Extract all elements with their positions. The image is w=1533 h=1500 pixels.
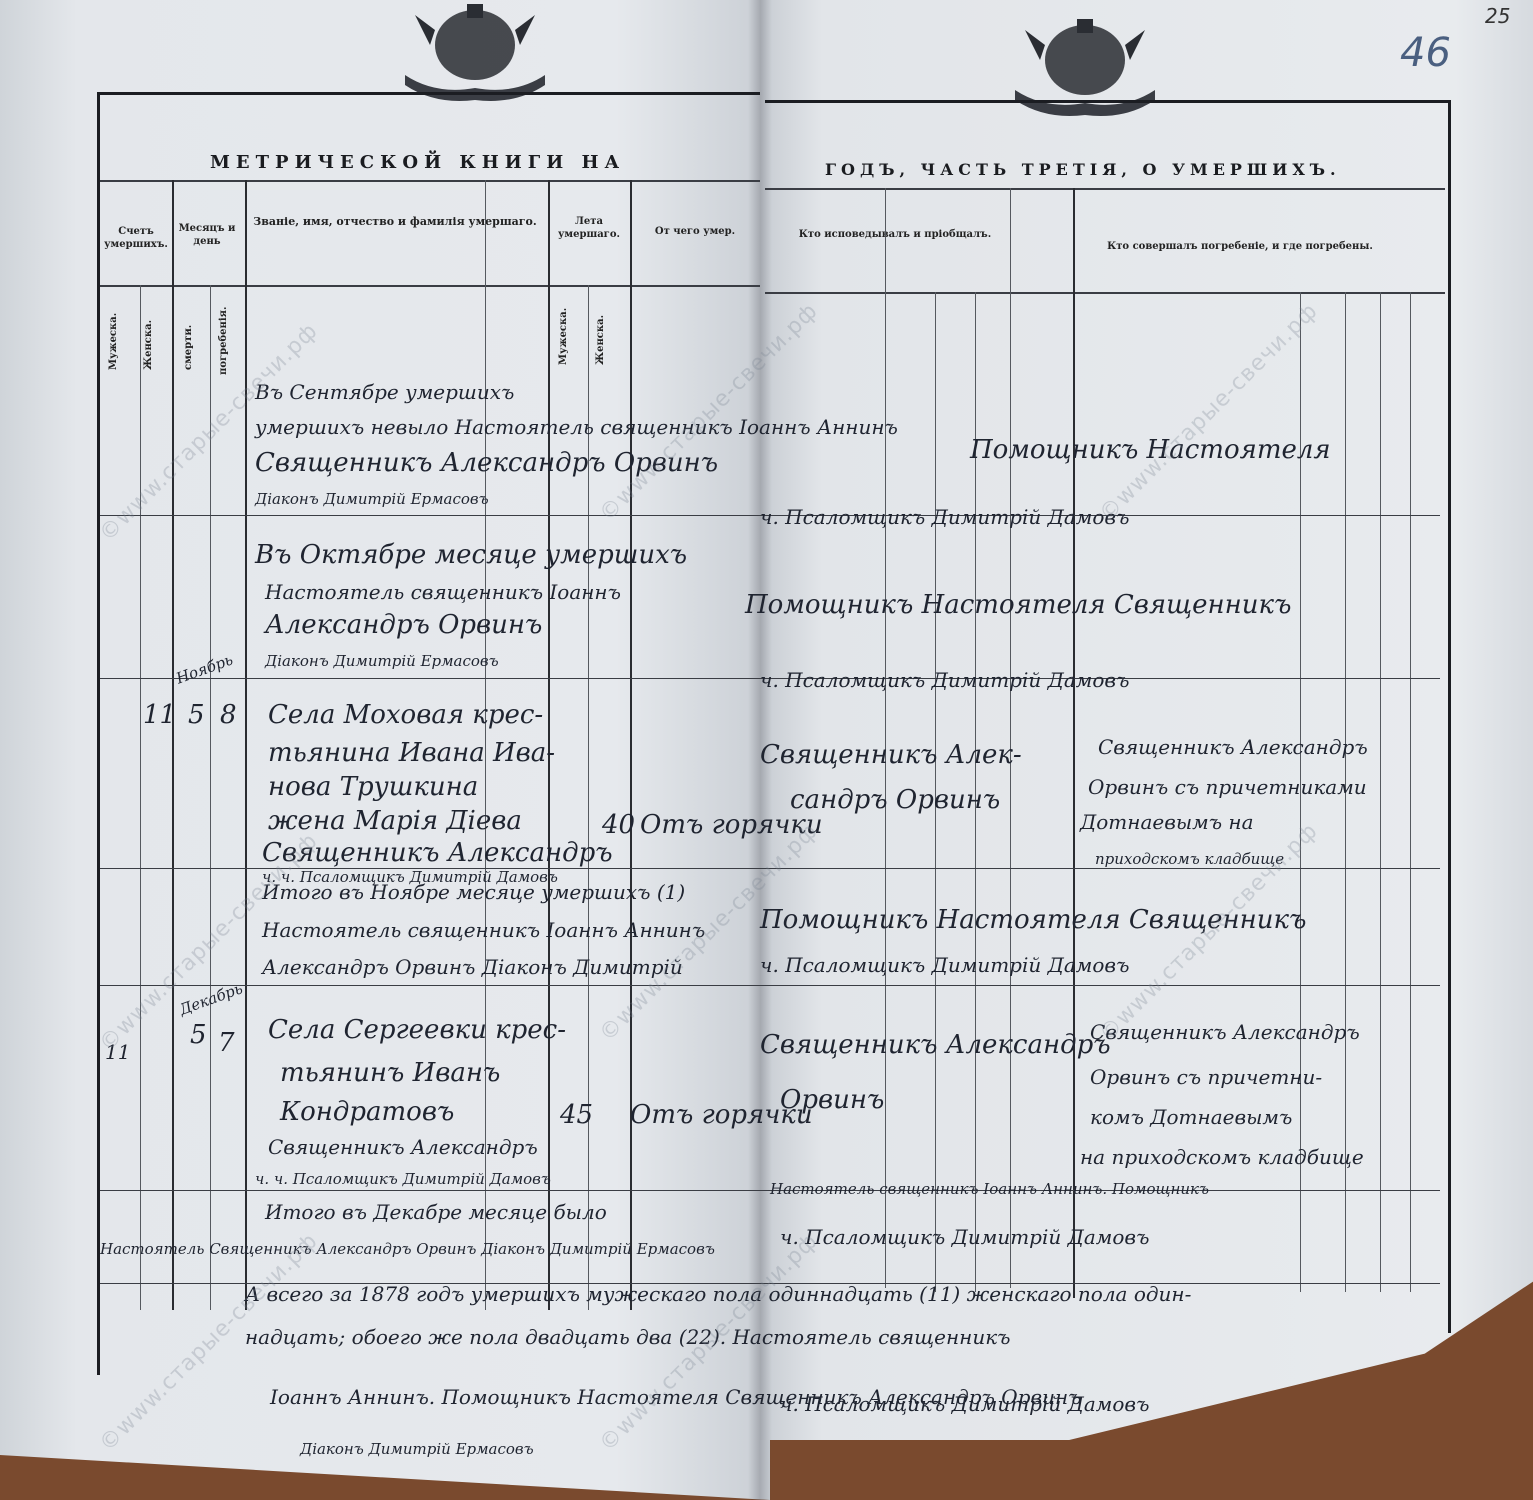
col-name: Званіе, имя, отчество и фамилія умершаго…	[250, 215, 540, 229]
entry-3-day-burial: 8	[220, 700, 237, 730]
row-rule	[100, 985, 1440, 986]
entry-2-right-2: ч. Псаломщикъ Димитрій Дамовъ	[760, 668, 1129, 692]
page-number-pencil: 46	[1400, 30, 1451, 76]
col-age: Лета умершаго.	[548, 215, 630, 241]
entry-5-line-1: Села Сергеевки крес-	[268, 1015, 566, 1045]
entry-5-burial-4: на приходскомъ кладбище	[1080, 1145, 1364, 1169]
entry-5-confessor-2: Орвинъ	[780, 1085, 884, 1115]
entry-5-line-5: ч. ч. Псаломщикъ Димитрій Дамовъ	[255, 1170, 551, 1188]
col-month-day: Месяцъ и день	[172, 222, 242, 248]
entry-3-confessor-1: Священникъ Алек-	[760, 740, 1022, 770]
entry-2-line-4: Діаконъ Димитрій Ермасовъ	[265, 652, 499, 670]
entry-4-line-1: Итого въ Ноябре месяце умершихъ (1)	[262, 880, 685, 904]
entry-3-confessor-2: сандръ Орвинъ	[790, 785, 1000, 815]
entry-2-line-1: Въ Октябре месяце умершихъ	[255, 540, 687, 570]
entry-2-line-2: Настоятель священникъ Іоаннъ	[265, 580, 621, 604]
col-age-female: Женска.	[595, 295, 606, 365]
entry-5-day-death: 5	[190, 1020, 207, 1050]
summary-line-4: ч. Псаломщикъ Димитрій Дамовъ	[780, 1392, 1149, 1416]
entry-1-line-2: умершихъ невыло Настоятель священникъ Іо…	[255, 415, 898, 439]
entry-3-day-death: 5	[188, 700, 205, 730]
col-divider	[140, 285, 141, 1310]
entry-5-day-burial: 7	[218, 1028, 235, 1058]
entry-5-line-2: тьянинъ Иванъ	[280, 1058, 500, 1088]
col-age-male: Мужеска.	[558, 295, 569, 365]
left-title: МЕТРИЧЕСКОЙ КНИГИ НА	[210, 152, 625, 173]
entry-3-count-male: 11	[143, 700, 176, 730]
entry-4-line-2: Настоятель священникъ Іоаннъ Аннинъ	[262, 918, 705, 942]
entry-5-age-male: 45	[560, 1100, 593, 1130]
col-count-female: Женска.	[143, 300, 154, 370]
entry-5-line-4: Священникъ Александръ	[268, 1135, 538, 1159]
entry-3-burial-3: Дотнаевымъ на	[1080, 810, 1254, 834]
entry-6-line-2: Настоятель Священникъ Александръ Орвинъ …	[100, 1240, 715, 1258]
col-divider	[885, 188, 886, 1288]
entry-5-confessor-1: Священникъ Александръ	[760, 1030, 1111, 1060]
col-burial: Кто совершалъ погребеніе, и где погребен…	[1090, 240, 1390, 253]
entry-1-right-2: ч. Псаломщикъ Димитрій Дамовъ	[760, 505, 1129, 529]
col-count-male: Мужеска.	[108, 300, 119, 370]
col-cause: От чего умер.	[640, 225, 750, 238]
entry-5-burial-2: Орвинъ съ причетни-	[1090, 1065, 1322, 1089]
summary-line-1: А всего за 1878 годъ умершихъ мужескаго …	[245, 1282, 1191, 1306]
col-divider	[1010, 188, 1011, 1288]
entry-2-right-1: Помощникъ Настоятеля Священникъ	[745, 590, 1291, 620]
summary-line-2: надцать; обоего же пола двадцать два (22…	[245, 1325, 1011, 1349]
col-divider	[172, 180, 174, 1310]
entry-6-right-1: Настоятель священникъ Іоаннъ Аннинъ. Пом…	[770, 1180, 1209, 1198]
entry-3-burial-4: приходскомъ кладбище	[1095, 850, 1284, 868]
col-divider	[1380, 292, 1381, 1292]
entry-3-burial-2: Орвинъ съ причетниками	[1088, 775, 1367, 799]
entry-1-line-1: Въ Сентябре умершихъ	[255, 380, 514, 404]
summary-line-5: Діаконъ Димитрій Ермасовъ	[300, 1440, 534, 1458]
entry-6-right-2: ч. Псаломщикъ Димитрій Дамовъ	[780, 1225, 1149, 1249]
entry-2-line-3: Александръ Орвинъ	[265, 610, 542, 640]
entry-4-line-3: Александръ Орвинъ Діаконъ Димитрій	[262, 955, 683, 979]
entry-3-line-2: тьянина Ивана Ива-	[268, 738, 555, 768]
entry-5-burial-3: комъ Дотнаевымъ	[1090, 1105, 1292, 1129]
entry-4-right-2: ч. Псаломщикъ Димитрій Дамовъ	[760, 953, 1129, 977]
right-title: ГОДЪ, ЧАСТЬ ТРЕТІЯ, О УМЕРШИХЪ.	[825, 160, 1341, 179]
page-number-ink: 25	[1485, 4, 1510, 28]
entry-6-line-1: Итого въ Декабре месяце было	[265, 1200, 607, 1224]
col-day-death: смерти.	[183, 300, 194, 370]
col-divider	[630, 180, 632, 1310]
entry-3-line-3: нова Трушкина	[268, 772, 478, 802]
entry-3-age-female: 40	[602, 810, 635, 840]
header-rule	[100, 180, 760, 182]
col-count-deceased: Счетъ умершихъ.	[102, 225, 170, 251]
entry-3-line-1: Села Моховая крес-	[268, 700, 543, 730]
col-divider	[1073, 188, 1075, 1298]
entry-5-line-3: Кондратовъ	[280, 1097, 454, 1127]
col-day-burial: погребенія.	[218, 300, 229, 375]
col-divider	[1410, 292, 1411, 1292]
subheader-rule	[100, 285, 760, 287]
col-confessor: Кто исповедывалъ и пріобщалъ.	[775, 228, 1015, 241]
col-divider	[245, 180, 247, 1310]
subheader-rule	[765, 292, 1445, 294]
entry-1-line-4: Діаконъ Димитрій Ермасовъ	[255, 490, 489, 508]
header-rule	[765, 188, 1445, 190]
entry-3-burial-1: Священникъ Александръ	[1098, 735, 1368, 759]
